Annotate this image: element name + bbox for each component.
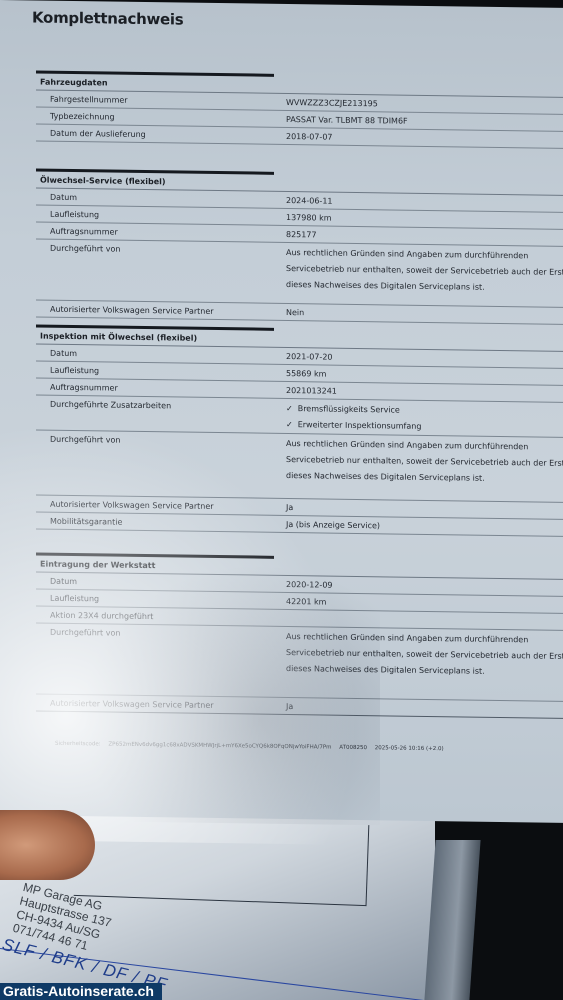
table-row-performed-by: Durchgeführt von Aus rechtlichen Gründen… <box>36 240 563 309</box>
checkmark-icon: ✓ <box>286 404 293 413</box>
row-label: Typbezeichnung <box>36 111 258 123</box>
section-inspection: Inspektion mit Ölwechsel (flexibel) Datu… <box>36 325 563 538</box>
security-code-label: Sicherheitscode: <box>55 741 101 748</box>
row-value: Aus rechtlichen Gründen sind Angaben zum… <box>258 627 563 681</box>
row-value: 2021013241 <box>258 385 563 398</box>
extra-work-label: Erweiterter Inspektionsumfang <box>298 420 422 431</box>
row-value: 2021-07-20 <box>258 351 563 364</box>
watermark-label: Gratis-Autoinserate.ch <box>0 983 162 1000</box>
service-record-sheet: Komplettnachweis Fahrzeugdaten Fahrgeste… <box>0 0 563 823</box>
security-code-line: Sicherheitscode: ZP652mENv6dv6gg1c68xADV… <box>55 741 450 753</box>
row-value: 825177 <box>258 229 563 242</box>
print-timestamp: 2025-05-26 10:16 (+2.0) <box>375 745 444 752</box>
document-id: AT008250 <box>339 745 367 751</box>
row-label: Aktion 23X4 durchgeführt <box>36 610 153 621</box>
row-label: Auftragsnummer <box>36 226 258 238</box>
table-row-performed-by: Durchgeführt von Aus rechtlichen Gründen… <box>36 624 563 703</box>
row-label: Durchgeführt von <box>36 240 258 256</box>
row-label: Datum <box>36 192 258 204</box>
table-row-performed-by: Durchgeführt von Aus rechtlichen Gründen… <box>36 431 563 504</box>
row-value: WVWZZZ3CZJE213195 <box>258 97 563 110</box>
thumb <box>0 810 95 880</box>
row-value: Ja <box>258 502 563 515</box>
row-label: Laufleistung <box>36 593 258 605</box>
section-workshop-entry: Eintragung der Werkstatt Datum 2020-12-0… <box>36 553 563 720</box>
row-label: Auftragsnummer <box>36 382 258 394</box>
row-value: 137980 km <box>258 212 563 225</box>
row-label: Autorisierter Volkswagen Service Partner <box>36 698 258 710</box>
row-label: Laufleistung <box>36 365 258 377</box>
row-label: Autorisierter Volkswagen Service Partner <box>36 499 258 511</box>
row-value: ✓Bremsflüssigkeits Service ✓Erweiterter … <box>258 399 563 437</box>
row-value: 2018-07-07 <box>258 131 563 144</box>
row-label: Durchgeführte Zusatzarbeiten <box>36 396 258 412</box>
row-label: Mobilitätsgarantie <box>36 516 258 528</box>
envelope-window-outline <box>74 815 370 906</box>
row-label: Fahrgestellnummer <box>36 94 258 106</box>
checkmark-icon: ✓ <box>286 420 293 429</box>
document-title: Komplettnachweis <box>32 8 183 28</box>
row-value: Ja (bis Anzeige Service) <box>258 519 563 532</box>
row-label: Autorisierter Volkswagen Service Partner <box>36 304 258 316</box>
row-value: 55869 km <box>258 368 563 381</box>
row-value: Aus rechtlichen Gründen sind Angaben zum… <box>258 434 563 488</box>
extra-work-label: Bremsflüssigkeits Service <box>298 404 400 414</box>
section-vehicle-data: Fahrzeugdaten Fahrgestellnummer WVWZZZ3C… <box>36 71 563 150</box>
row-label: Datum <box>36 576 258 588</box>
section-oil-change-service: Ölwechsel-Service (flexibel) Datum 2024-… <box>36 169 563 326</box>
row-value: Nein <box>258 307 563 320</box>
row-value: Aus rechtlichen Gründen sind Angaben zum… <box>258 243 563 297</box>
row-value: PASSAT Var. TLBMT 88 TDIM6F <box>258 114 563 127</box>
row-value: 42201 km <box>258 596 563 609</box>
row-label: Datum der Auslieferung <box>36 128 258 140</box>
row-label: Laufleistung <box>36 209 258 221</box>
row-label: Durchgeführt von <box>36 624 258 640</box>
security-code-value: ZP652mENv6dv6gg1c68xADVSKMHWJrjL+mY6Xe5o… <box>108 742 331 751</box>
row-label: Durchgeführt von <box>36 431 258 447</box>
row-value: Ja <box>258 701 563 714</box>
row-value: 2024-06-11 <box>258 195 563 208</box>
row-value: 2020-12-09 <box>258 579 563 592</box>
row-label: Datum <box>36 348 258 360</box>
